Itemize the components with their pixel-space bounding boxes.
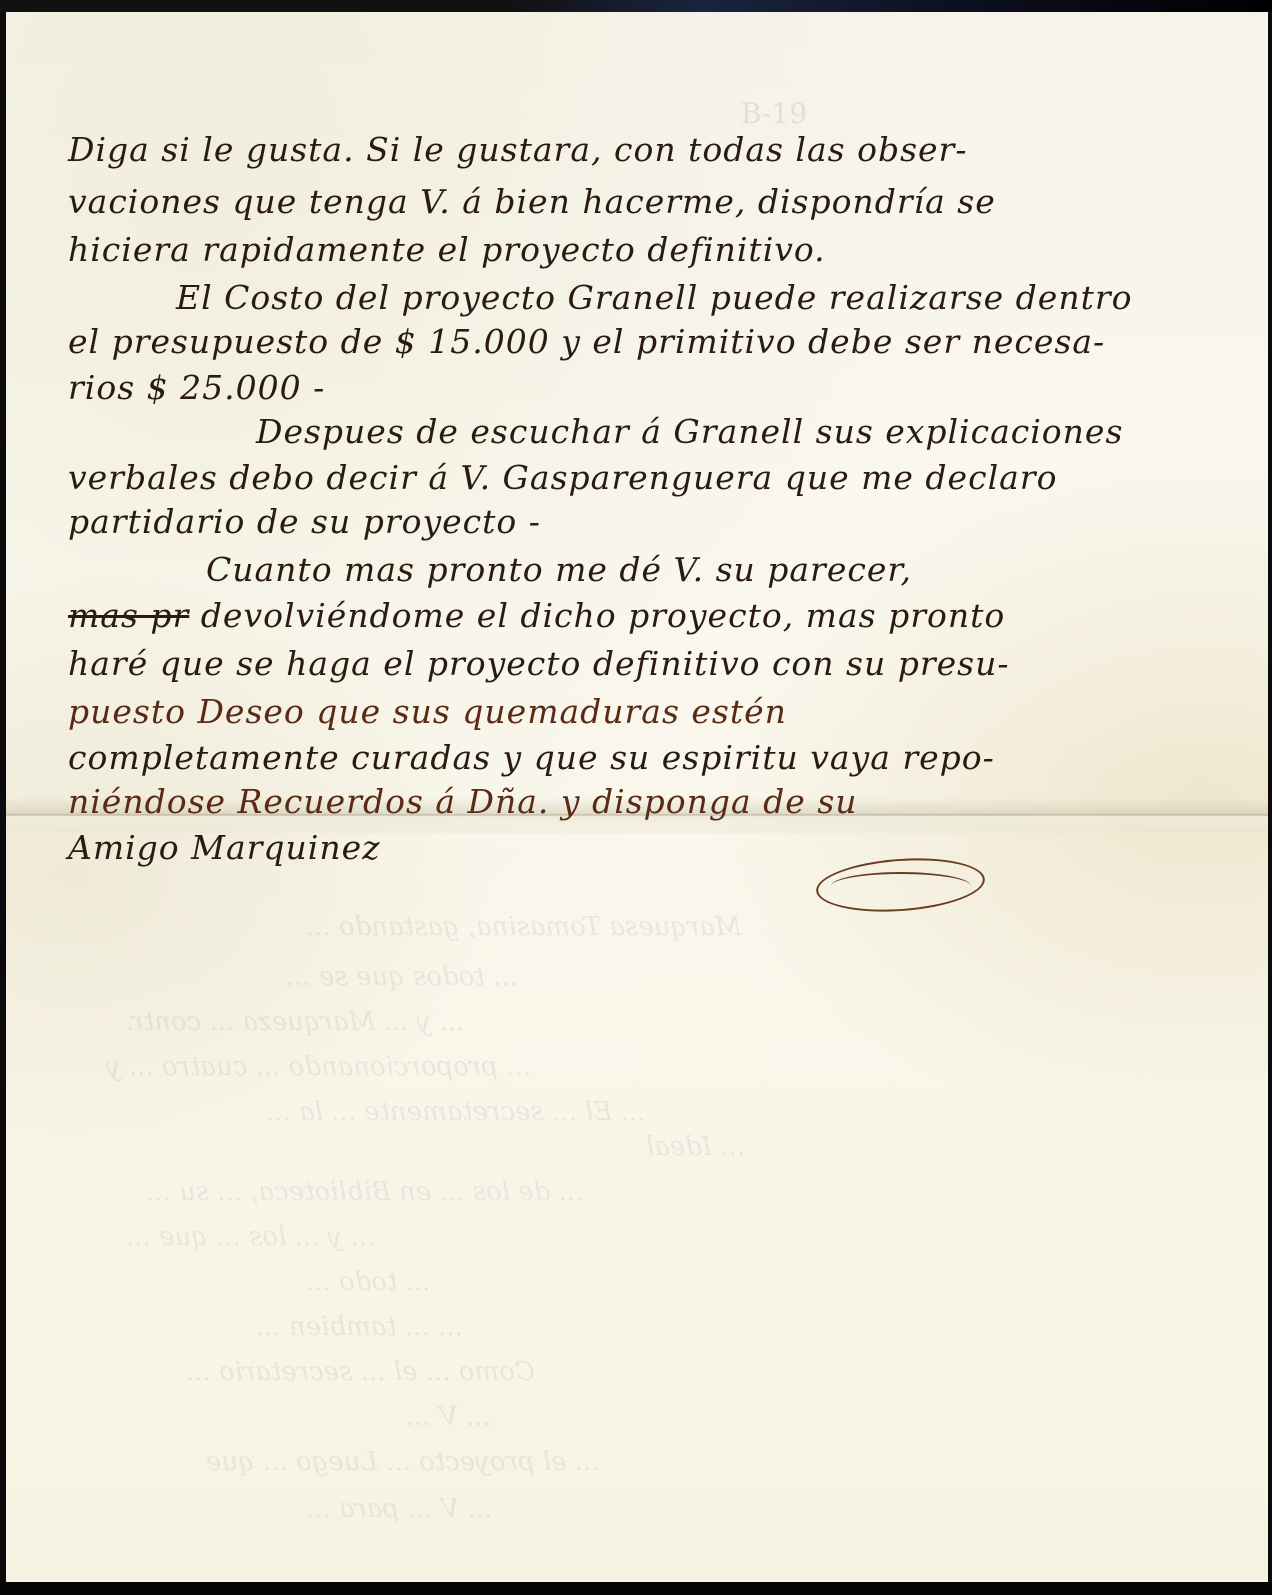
ghost-mark: B-19 bbox=[741, 97, 807, 130]
bleed-line: Marquesa Tomasina, gastando ... bbox=[306, 912, 742, 942]
bleed-line: ... todo ... bbox=[306, 1267, 431, 1297]
bleed-line: ... ... tambien ... bbox=[256, 1312, 463, 1342]
letter-line: partidario de su proyecto - bbox=[68, 502, 541, 541]
scan-top-edge bbox=[0, 0, 1272, 12]
letter-line: niéndose Recuerdos á Dña. y disponga de … bbox=[68, 782, 858, 821]
letter-line: puesto Deseo que sus quemaduras estén bbox=[68, 692, 787, 731]
letter-line: El Costo del proyecto Granell puede real… bbox=[176, 278, 1132, 317]
bleed-line: ... y ... los ... que ... bbox=[126, 1222, 376, 1252]
letter-line: Despues de escuchar á Granell sus explic… bbox=[256, 412, 1123, 451]
letter-line: Cuanto mas pronto me dé V. su parecer, bbox=[206, 550, 912, 589]
bleed-line: ... V ... bbox=[406, 1402, 491, 1432]
letter-line: rios $ 25.000 - bbox=[68, 368, 325, 407]
bleed-line: ... y ... Marqueza ... contr. bbox=[126, 1007, 464, 1037]
bleed-line: ... El ... secretamente ... la ... bbox=[266, 1097, 646, 1127]
bleed-line: ... todos que se ... bbox=[286, 962, 518, 992]
letter-line: Amigo Marquinez bbox=[68, 828, 381, 867]
letter-line: el presupuesto de $ 15.000 y el primitiv… bbox=[68, 322, 1105, 361]
struck-text: mas pr bbox=[68, 596, 189, 635]
letter-line: Diga si le gusta. Si le gustara, con tod… bbox=[68, 130, 967, 169]
bleed-line: ... el proyecto ... Luego ... que bbox=[206, 1447, 600, 1477]
letter-line: verbales debo decir á V. Gasparenguera q… bbox=[68, 458, 1057, 497]
bleed-line: ... de los ... en Biblioteca, ... su ... bbox=[146, 1177, 583, 1207]
letter-line: vaciones que tenga V. á bien hacerme, di… bbox=[68, 182, 996, 221]
letter-line: completamente curadas y que su espiritu … bbox=[68, 738, 995, 777]
bleed-line: ... V ... para ... bbox=[306, 1494, 492, 1524]
letter-line: mas pr devolviéndome el dicho proyecto, … bbox=[68, 596, 1005, 635]
letter-line-text: devolviéndome el dicho proyecto, mas pro… bbox=[201, 596, 1005, 635]
letter-line: hiciera rapidamente el proyecto definiti… bbox=[68, 230, 826, 269]
bleed-line: ... Ideal bbox=[646, 1132, 745, 1162]
letter-line: haré que se haga el proyecto definitivo … bbox=[68, 644, 1010, 683]
bleed-line: Como ... el ... secretario ... bbox=[186, 1357, 535, 1387]
signature-flourish-inner bbox=[831, 872, 971, 900]
bleed-line: ... proporcionando ... cuatro ... y bbox=[106, 1052, 531, 1082]
letter-page: B-19 Marquesa Tomasina, gastando ... ...… bbox=[6, 12, 1268, 1582]
scan-bottom-edge bbox=[0, 1582, 1272, 1595]
